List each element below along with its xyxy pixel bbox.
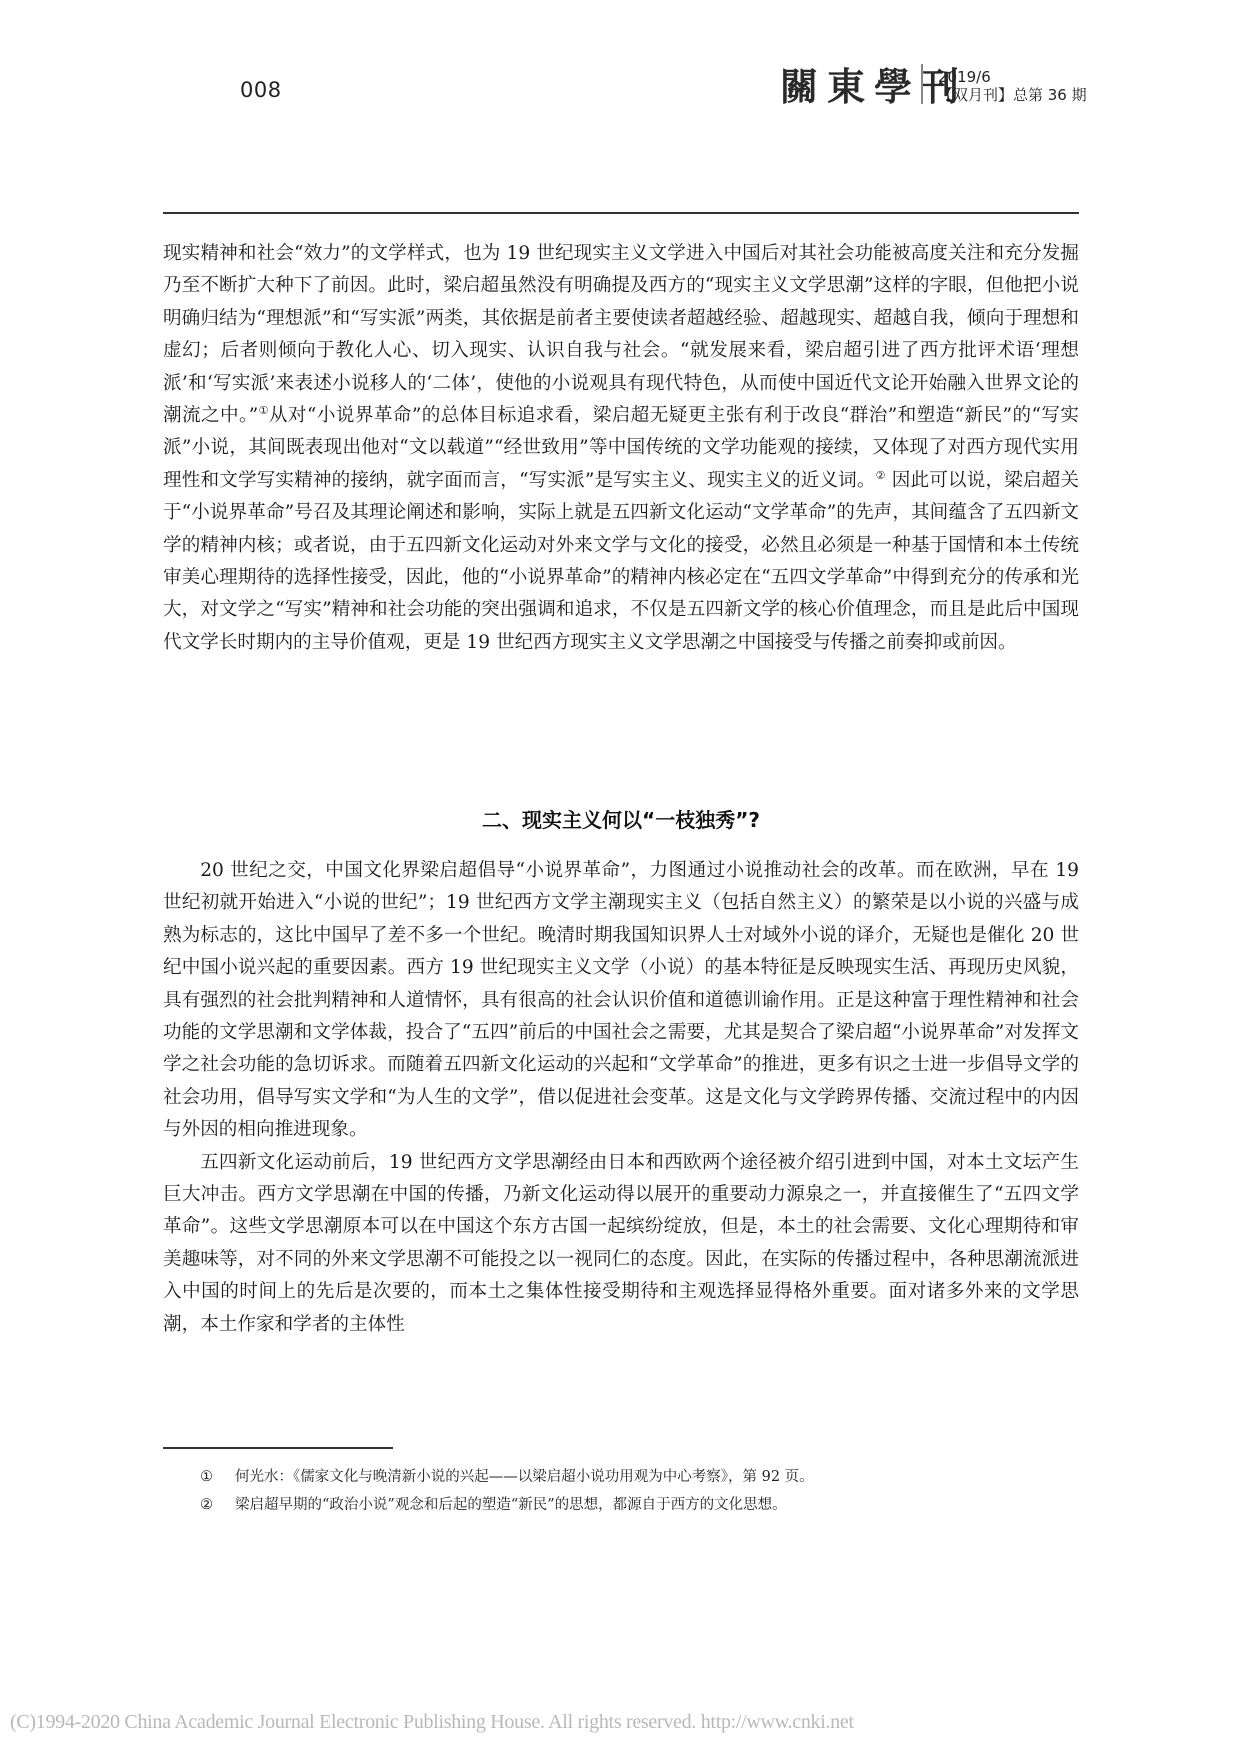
section-heading: 二、现实主义何以“一枝独秀”? xyxy=(163,804,1079,836)
footnote-2-text: 梁启超早期的“政治小说”观念和后起的塑造“新民”的思想，都源自于西方的文化思想。 xyxy=(235,1491,787,1519)
footnote-ref-1[interactable]: ① xyxy=(258,404,269,417)
footnote-rule xyxy=(163,1447,393,1449)
footnotes: ① 何光水：《儒家文化与晚清新小说的兴起——以梁启超小说功用观为中心考察》，第 … xyxy=(200,1463,1080,1519)
copyright-watermark: (C)1994-2020 China Academic Journal Elec… xyxy=(10,1711,1210,1734)
body-text-section-2: 20 世纪之交，中国文化界梁启超倡导“小说界革命”，力图通过小说推动社会的改革。… xyxy=(163,855,1079,1341)
paragraph-2: 20 世纪之交，中国文化界梁启超倡导“小说界革命”，力图通过小说推动社会的改革。… xyxy=(163,855,1079,1147)
body-text-top: 现实精神和社会“效力”的文学样式，也为 19 世纪现实主义文学进入中国后对其社会… xyxy=(163,238,1079,659)
footnote-ref-2[interactable]: ② xyxy=(876,469,886,482)
footnote-2-mark: ② xyxy=(200,1491,235,1519)
footnote-1: ① 何光水：《儒家文化与晚清新小说的兴起——以梁启超小说功用观为中心考察》，第 … xyxy=(200,1463,1080,1491)
paragraph-1-text: 现实精神和社会“效力”的文学样式，也为 19 世纪现实主义文学进入中国后对其社会… xyxy=(163,243,1079,426)
paragraph-1c-text: 因此可以说，梁启超关于“小说界革命”号召及其理论阐述和影响，实际上就是五四新文化… xyxy=(163,470,1079,653)
issue-number: 【双月刊】总第 36 期 xyxy=(938,86,1087,104)
issue-date: 2019/6 xyxy=(938,68,1087,86)
page-number: 008 xyxy=(240,78,282,102)
issue-info-block: 2019/6 【双月刊】总第 36 期 xyxy=(938,68,1087,104)
header-rule xyxy=(163,212,1079,214)
footnote-2: ② 梁启超早期的“政治小说”观念和后起的塑造“新民”的思想，都源自于西方的文化思… xyxy=(200,1491,1080,1519)
paragraph-continued: 现实精神和社会“效力”的文学样式，也为 19 世纪现实主义文学进入中国后对其社会… xyxy=(163,238,1079,659)
masthead-divider xyxy=(921,64,923,104)
footnote-1-mark: ① xyxy=(200,1463,235,1491)
footnote-1-text: 何光水：《儒家文化与晚清新小说的兴起——以梁启超小说功用观为中心考察》，第 92… xyxy=(235,1463,814,1491)
paragraph-3: 五四新文化运动前后，19 世纪西方文学思潮经由日本和西欧两个途径被介绍引进到中国… xyxy=(163,1147,1079,1341)
